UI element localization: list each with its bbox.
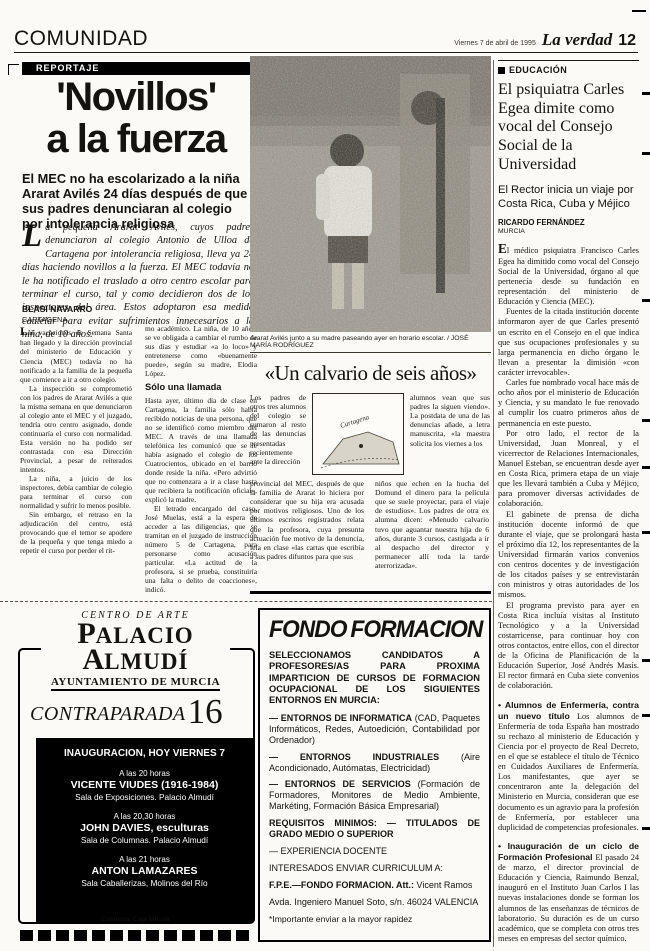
- education-headline: El psiquiatra Carles Egea dimite como vo…: [498, 81, 639, 175]
- crop-mark: [642, 659, 650, 662]
- byline: BLASI NAVARRO CARTAGENA: [22, 304, 92, 324]
- body-paragraph: Fuentes de la citada institución docente…: [498, 307, 639, 378]
- logo-word-left: FONDO: [269, 616, 347, 644]
- calvario-headline: «Un calvario de seis años»: [250, 361, 491, 386]
- inauguration-line: INAUGURACION, HOY VIERNES 7: [36, 748, 253, 759]
- ad-item: — ENTORNOS DE SERVICIOS (Formación de Fo…: [269, 779, 480, 812]
- column-rule: [493, 60, 494, 947]
- crop-mark: [642, 714, 650, 717]
- map-graphic: Cartagena: [312, 393, 404, 475]
- body-subhead: Sólo una llamada: [145, 382, 257, 393]
- collaborator-line: Colabora: Caja Murcia: [16, 916, 255, 923]
- education-body: El médico psiquiatra Francisco Carles Eg…: [498, 241, 639, 944]
- byline-author: RICARDO FERNÁNDEZ: [498, 218, 639, 227]
- fondo-logo: FONDO FORMACION: [269, 616, 469, 644]
- body-paragraph: Por otro lado, el rector de la Universid…: [498, 429, 639, 510]
- ad-title: PALACIO ALMUDÍ: [51, 621, 220, 672]
- section-bullet-icon: [498, 67, 505, 74]
- calvario-bottom-row: provincial del MEC, después de que la fa…: [250, 479, 491, 570]
- almudi-logo: CENTRO DE ARTE PALACIO ALMUDÍ AYUNTAMIEN…: [41, 610, 230, 691]
- education-byline: RICARDO FERNÁNDEZ MURCIA: [498, 218, 639, 235]
- requirements-line: REQUISITOS MINIMOS: — TITULADOS DE GRADO…: [269, 818, 480, 840]
- event-number: 16: [188, 698, 223, 726]
- body-column-2: mo académico. La niña, de 10 años, se ve…: [145, 324, 257, 598]
- body-paragraph: La niña, a juicio de los inspectores, de…: [20, 474, 132, 510]
- crop-mark: [642, 419, 650, 422]
- crop-mark: [8, 64, 19, 75]
- ad-subtitle: AYUNTAMIENTO DE MURCIA: [51, 676, 220, 691]
- header-rule: [14, 52, 638, 53]
- body-paragraph: Carles fue nombrado vocal hace más de oc…: [498, 378, 639, 429]
- body-paragraph: Sin embargo, el retraso en la adjudicaci…: [20, 510, 132, 555]
- headline-line2: a la fuerza: [14, 118, 258, 160]
- crop-mark: [642, 827, 650, 830]
- body-paragraph: El letrado encargado del caso, José Muel…: [145, 504, 257, 594]
- contact-line: F.P.E.—FONDO FORMACION. Att.: Vicent Ram…: [269, 880, 480, 891]
- cta-line: INTERESADOS ENVIAR CURRICULUM A:: [269, 863, 480, 874]
- item-lead: — ENTORNOS DE INFORMATICA: [269, 713, 412, 723]
- education-column: EDUCACIÓN El psiquiatra Carles Egea dimi…: [498, 60, 639, 944]
- article-headline: 'Novillos' a la fuerza: [14, 76, 258, 161]
- map-illustration: Cartagena: [313, 394, 401, 472]
- body-paragraph: Las vacaciones de Semana Santa han llega…: [20, 324, 132, 384]
- byline-place: MURCIA: [498, 228, 639, 235]
- body-paragraph: El médico psiquiatra Francisco Carles Eg…: [498, 241, 639, 308]
- contact-rest: Vicent Ramos: [414, 880, 472, 890]
- news-photo: [250, 56, 491, 332]
- ad-item: — ENTORNOS INDUSTRIALES (Aire Acondicion…: [269, 752, 480, 774]
- news-brief: • Inauguración de un ciclo de Formación …: [498, 841, 639, 944]
- masthead: La verdad: [542, 30, 612, 50]
- kicker-label: REPORTAJE: [22, 62, 252, 75]
- item-artist: JOHN DAVIES, esculturas: [36, 822, 253, 834]
- address-line: Avda. Ingeniero Manuel Soto, s/n. 46024 …: [269, 897, 480, 908]
- title-rest: LMUDÍ: [104, 649, 188, 674]
- body-paragraph: Hasta ayer, último día de clase en Carta…: [145, 396, 257, 504]
- contact-lead: F.P.E.—FONDO FORMACION. Att.:: [269, 880, 414, 890]
- crop-mark: [642, 152, 650, 155]
- calvario-text: niños que echen en la hucha del Domund e…: [375, 479, 489, 570]
- title-initial: A: [83, 643, 105, 676]
- body-paragraph: mo académico. La niña, de 10 años, se ve…: [145, 324, 257, 378]
- experience-line: — EXPERIENCIA DOCENTE: [269, 846, 480, 857]
- section-rule: [498, 60, 639, 61]
- page-number: 12: [618, 32, 636, 50]
- body-paragraph: El gabinete de prensa de dicha instituci…: [498, 510, 639, 601]
- almudi-ad: CENTRO DE ARTE PALACIO ALMUDÍ AYUNTAMIEN…: [16, 610, 255, 946]
- note-line: *Importante enviar a la mayor rapidez: [269, 914, 480, 924]
- item-venue: Sala de Columnas. Palacio Almudí: [36, 835, 253, 845]
- news-brief: • Alumnos de Enfermería, contra un nuevo…: [498, 700, 639, 833]
- event-name: CONTRAPARADA: [30, 703, 186, 726]
- header-right: Viernes 7 de abril de 1995 La verdad 12: [454, 30, 636, 50]
- article-body-columns: Las vacaciones de Semana Santa han llega…: [20, 324, 258, 598]
- photo-caption: Ararat Avilés junto a su madre paseando …: [250, 335, 491, 349]
- calvario-text: Los padres de otros tres alumnos del col…: [250, 393, 306, 475]
- item-venue: Sala Caballerizas, Molinos del Río: [36, 878, 253, 888]
- section-title: COMUNIDAD: [14, 27, 148, 51]
- crop-mark: [642, 466, 650, 469]
- fondo-formacion-ad: FONDO FORMACION SELECCIONAMOS CANDIDATOS…: [258, 608, 491, 942]
- ad-item: — ENTORNOS DE INFORMATICA (CAD, Paquetes…: [269, 713, 480, 746]
- item-artist: ANTON LAMAZARES: [36, 865, 253, 877]
- crop-mark: [642, 92, 650, 95]
- kicker-bar: REPORTAJE: [22, 62, 252, 75]
- item-time: A las 20 horas: [36, 769, 253, 778]
- item-time: A las 20,30 horas: [36, 812, 253, 821]
- program-item: A las 20,30 horas JOHN DAVIES, escultura…: [36, 812, 253, 845]
- section-label: EDUCACIÓN: [509, 65, 567, 75]
- newspaper-page: COMUNIDAD Viernes 7 de abril de 1995 La …: [0, 0, 650, 951]
- issue-date: Viernes 7 de abril de 1995: [454, 40, 536, 47]
- brief-text: Los alumnos de Enfermería de toda España…: [498, 712, 639, 832]
- dashed-divider: [0, 601, 492, 602]
- calvario-top-row: Los padres de otros tres alumnos del col…: [250, 393, 491, 475]
- filmstrip-border: [20, 930, 253, 941]
- education-subhead: El Rector inicia un viaje por Costa Rica…: [498, 183, 639, 211]
- item-lead: — ENTORNOS DE SERVICIOS: [269, 779, 411, 789]
- program-item: A las 20 horas VICENTE VIUDES (1916-1984…: [36, 769, 253, 802]
- headline-line1: 'Novillos': [14, 76, 258, 118]
- crop-mark: [642, 299, 650, 302]
- item-venue: Sala de Exposiciones. Palacio Almudí: [36, 792, 253, 802]
- logo-word-right: FORMACION: [350, 616, 482, 644]
- crop-mark: [642, 531, 650, 534]
- calvario-article: «Un calvario de seis años» Los padres de…: [250, 352, 491, 594]
- item-time: A las 21 horas: [36, 855, 253, 864]
- item-artist: VICENTE VIUDES (1916-1984): [36, 779, 253, 791]
- ad-kicker: CENTRO DE ARTE: [51, 610, 220, 621]
- program-item: A las 21 horas ANTON LAMAZARES Sala Caba…: [36, 855, 253, 888]
- map-label: Cartagena: [339, 413, 370, 430]
- calvario-text: provincial del MEC, después de que la fa…: [250, 479, 364, 570]
- crop-mark: [632, 10, 646, 12]
- calvario-text: alumnos vean que sus padres la siguen vi…: [410, 393, 490, 475]
- title-rest: ALACIO: [96, 623, 194, 648]
- body-paragraph: El programa previsto para ayer en Costa …: [498, 601, 639, 692]
- item-lead: — ENTORNOS INDUSTRIALES: [269, 752, 439, 762]
- ad-intro: SELECCIONAMOS CANDIDATOS A PROFESORES/AS…: [269, 650, 480, 707]
- byline-author: BLASI NAVARRO: [22, 304, 92, 314]
- section-label-row: EDUCACIÓN: [498, 65, 639, 75]
- event-program-box: INAUGURACION, HOY VIERNES 7 A las 20 hor…: [36, 738, 253, 922]
- body-paragraph: La inspección se comprometió con los pad…: [20, 384, 132, 474]
- brief-text: El pasado 24 de marzo, el director provi…: [498, 853, 639, 943]
- event-title: CONTRAPARADA 16: [30, 698, 223, 726]
- photo-illustration: [250, 56, 491, 332]
- body-column-1: Las vacaciones de Semana Santa han llega…: [20, 324, 132, 598]
- byline-place: CARTAGENA: [22, 315, 92, 324]
